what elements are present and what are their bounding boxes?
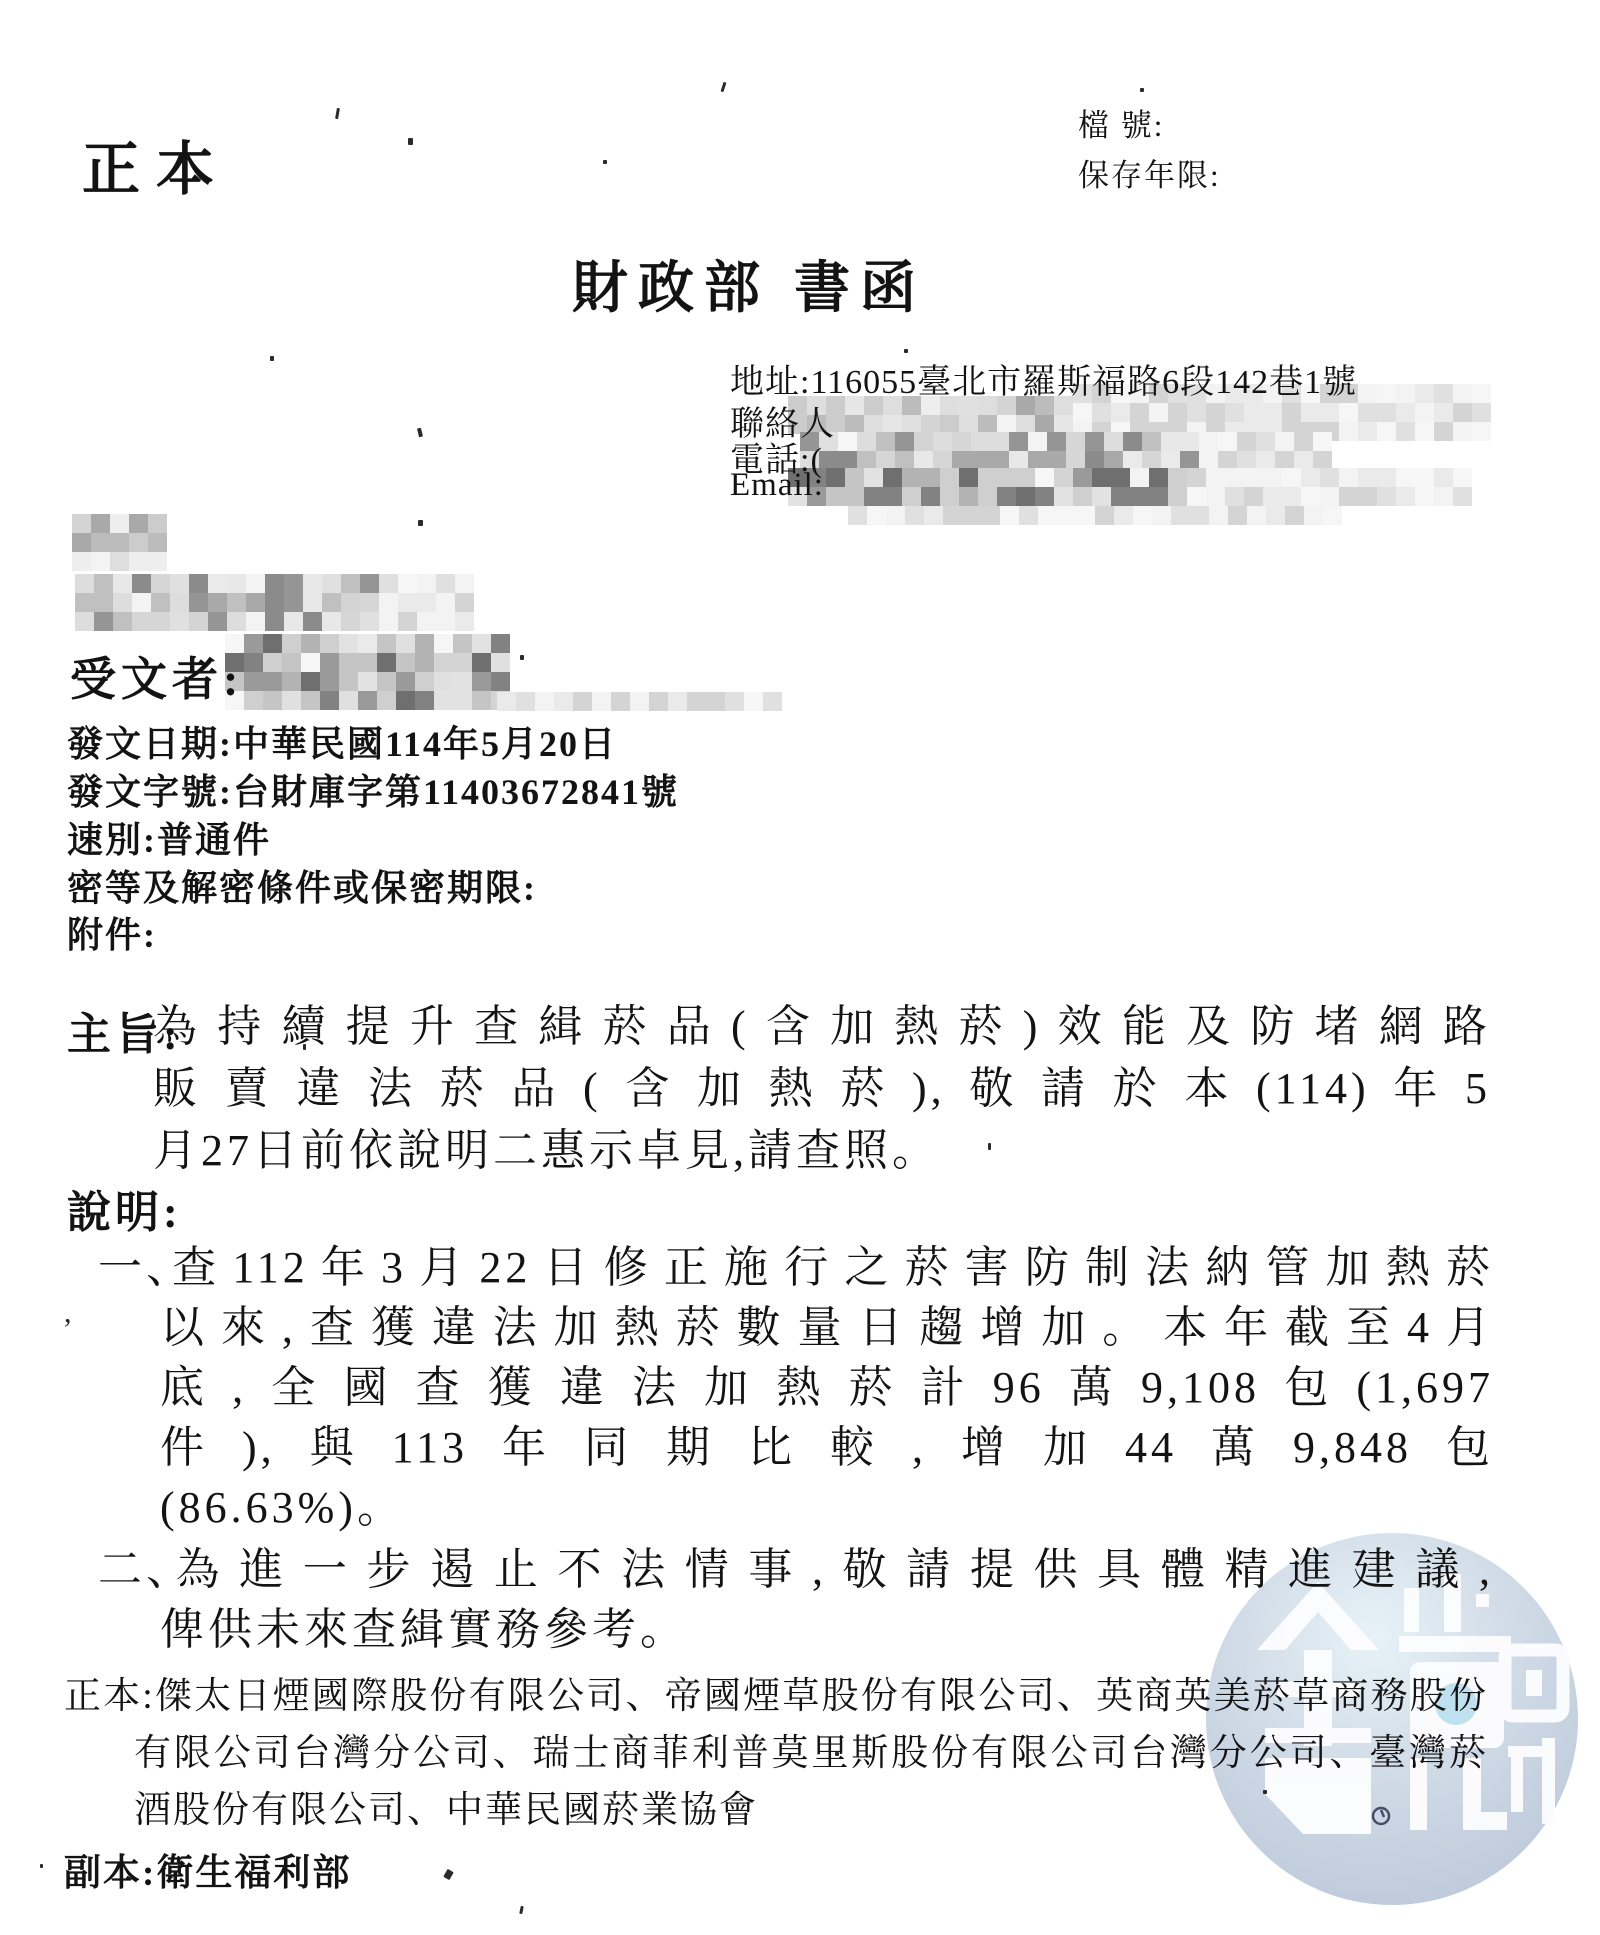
redaction-pixel bbox=[1206, 468, 1225, 487]
redaction-pixel bbox=[1149, 487, 1168, 506]
redaction-pixel bbox=[227, 593, 246, 612]
redaction-pixel bbox=[1111, 403, 1130, 422]
redaction-pixel bbox=[1415, 384, 1434, 403]
original-text: 有限公司台灣分公司、瑞士商菲利普莫里斯股份有限公司台灣分公司、臺灣菸 bbox=[64, 1725, 1488, 1782]
redaction-pixel bbox=[1019, 506, 1038, 525]
redaction-pixel bbox=[339, 653, 358, 672]
subject-line: 販賣違法菸品(含加熱菸),敬請於本(114)年5 bbox=[153, 1058, 1491, 1120]
redaction-pixel bbox=[1111, 487, 1130, 506]
description-item-2: 二、為進一步遏止不法情事,敬請提供具體精進建議, 俾供未來查緝實務參考。 bbox=[98, 1540, 1494, 1660]
redaction-pixel bbox=[763, 692, 782, 711]
redaction-pixel bbox=[339, 691, 358, 710]
redaction-pixel bbox=[208, 593, 227, 612]
redaction-pixel bbox=[1339, 487, 1358, 506]
dispatch-number: 發文字號:台財庫字第11403672841號 bbox=[67, 764, 679, 815]
redaction-pixel bbox=[453, 653, 472, 672]
redaction-pixel bbox=[1130, 487, 1149, 506]
redaction-pixel bbox=[284, 612, 303, 631]
redaction-pixel bbox=[924, 506, 943, 525]
redaction-pixel bbox=[244, 653, 263, 672]
redaction-pixel bbox=[1453, 384, 1472, 403]
redaction-pixel bbox=[971, 432, 990, 451]
redaction-pixel bbox=[1009, 432, 1028, 451]
redaction-pixel bbox=[284, 593, 303, 612]
redaction-pixel bbox=[1358, 487, 1377, 506]
redaction-pixel bbox=[725, 692, 744, 711]
redaction-pixel bbox=[1285, 506, 1304, 525]
redaction-pixel bbox=[129, 533, 148, 552]
redaction-pixel bbox=[1396, 487, 1415, 506]
redaction-pixel bbox=[94, 593, 113, 612]
redaction-pixel bbox=[1339, 422, 1358, 441]
redaction-pixel bbox=[1301, 403, 1320, 422]
subject-line: 為持續提升查緝菸品(含加熱菸)效能及防堵網路 bbox=[153, 996, 1491, 1058]
redacted-recipient-small bbox=[72, 514, 167, 571]
redaction-pixel bbox=[377, 691, 396, 710]
redaction-pixel bbox=[1104, 432, 1123, 451]
subject-body: 為持續提升查緝菸品(含加熱菸)效能及防堵網路 販賣違法菸品(含加熱菸),敬請於本… bbox=[153, 996, 1491, 1182]
scan-speck bbox=[520, 655, 524, 660]
description-label: 說明: bbox=[67, 1176, 182, 1240]
redaction-pixel bbox=[303, 593, 322, 612]
redaction-pixel bbox=[883, 487, 902, 506]
redaction-pixel bbox=[1434, 468, 1453, 487]
redaction-pixel bbox=[1225, 487, 1244, 506]
redaction-pixel bbox=[246, 574, 265, 593]
redaction-pixel bbox=[845, 487, 864, 506]
redaction-pixel bbox=[1047, 432, 1066, 451]
redaction-pixel bbox=[1472, 384, 1491, 403]
redaction-pixel bbox=[554, 692, 573, 711]
stray-comma-mark: , bbox=[64, 1296, 72, 1330]
redaction-pixel bbox=[1396, 422, 1415, 441]
redaction-pixel bbox=[434, 653, 453, 672]
redaction-pixel bbox=[1168, 468, 1187, 487]
redaction-pixel bbox=[1225, 403, 1244, 422]
redaction-pixel bbox=[301, 653, 320, 672]
redaction-pixel bbox=[282, 691, 301, 710]
scan-speck bbox=[335, 108, 340, 119]
redaction-pixel bbox=[170, 574, 189, 593]
redaction-pixel bbox=[1415, 487, 1434, 506]
original-label: 正本: bbox=[64, 1676, 155, 1717]
redaction-pixel bbox=[282, 653, 301, 672]
redaction-pixel bbox=[1320, 487, 1339, 506]
redaction-pixel bbox=[265, 574, 284, 593]
redaction-pixel bbox=[72, 552, 91, 571]
redaction-pixel bbox=[263, 634, 282, 653]
redaction-pixel bbox=[396, 691, 415, 710]
redaction-pixel bbox=[1218, 432, 1237, 451]
redaction-pixel bbox=[1095, 506, 1114, 525]
redaction-pixel bbox=[706, 692, 725, 711]
redaction-pixel bbox=[573, 692, 592, 711]
redaction-pixel bbox=[883, 468, 902, 487]
redaction-pixel bbox=[453, 672, 472, 691]
redaction-pixel bbox=[1247, 506, 1266, 525]
redaction-pixel bbox=[1149, 468, 1168, 487]
redaction-pixel bbox=[1092, 487, 1111, 506]
item-text: 件),與113年同期比較,增加44萬9,848包 bbox=[98, 1418, 1494, 1478]
redaction-pixel bbox=[1415, 422, 1434, 441]
redaction-pixel bbox=[265, 593, 284, 612]
item-text: 為進一步遏止不法情事,敬請提供具體精進建議, bbox=[160, 1545, 1494, 1594]
item-text: 以來,查獲違法加熱菸數量日趨增加。本年截至4月 bbox=[98, 1298, 1494, 1358]
redaction-pixel bbox=[1199, 432, 1218, 451]
redaction-pixel bbox=[436, 593, 455, 612]
redaction-pixel bbox=[208, 574, 227, 593]
redaction-pixel bbox=[940, 487, 959, 506]
redaction-pixel bbox=[398, 574, 417, 593]
redaction-pixel bbox=[415, 672, 434, 691]
redaction-pixel bbox=[396, 672, 415, 691]
item-number: 二、 bbox=[98, 1540, 160, 1600]
redaction-pixel bbox=[91, 533, 110, 552]
redaction-pixel bbox=[535, 692, 554, 711]
redaction-pixel bbox=[497, 692, 516, 711]
redaction-pixel bbox=[1085, 432, 1104, 451]
redaction-pixel bbox=[1028, 432, 1047, 451]
redaction-pixel bbox=[1244, 403, 1263, 422]
confidentiality-line: 密等及解密條件或保密期限: bbox=[67, 860, 537, 911]
redaction-pixel bbox=[91, 552, 110, 571]
redaction-pixel bbox=[1171, 506, 1190, 525]
copy-recipient: 副本:衛生福利部 bbox=[64, 1842, 351, 1896]
redaction-pixel bbox=[1225, 468, 1244, 487]
redaction-pixel bbox=[1396, 403, 1415, 422]
redaction-pixel bbox=[263, 672, 282, 691]
redaction-pixel bbox=[1377, 468, 1396, 487]
redaction-pixel bbox=[1275, 432, 1294, 451]
redaction-pixel bbox=[396, 653, 415, 672]
redaction-pixel bbox=[398, 593, 417, 612]
redaction-pixel bbox=[360, 612, 379, 631]
redaction-pixel bbox=[1434, 422, 1453, 441]
redaction-pixel bbox=[360, 574, 379, 593]
document-title: 財政部 書函 bbox=[572, 244, 926, 324]
redaction-pixel bbox=[455, 593, 474, 612]
redaction-pixel bbox=[1434, 487, 1453, 506]
redaction-pixel bbox=[1187, 487, 1206, 506]
redaction-pixel bbox=[1180, 432, 1199, 451]
redaction-pixel bbox=[189, 593, 208, 612]
redaction-pixel bbox=[687, 692, 706, 711]
scan-speck bbox=[1140, 88, 1144, 92]
redaction-pixel bbox=[377, 653, 396, 672]
scan-speck bbox=[417, 428, 423, 438]
redaction-pixel bbox=[284, 574, 303, 593]
redaction-pixel bbox=[379, 593, 398, 612]
redaction-pixel bbox=[1000, 506, 1019, 525]
sender-email-label: Email: bbox=[730, 467, 824, 504]
redaction-pixel bbox=[434, 672, 453, 691]
redaction-pixel bbox=[1453, 422, 1472, 441]
redaction-pixel bbox=[1130, 403, 1149, 422]
redaction-pixel bbox=[933, 432, 952, 451]
redaction-pixel bbox=[151, 574, 170, 593]
redaction-pixel bbox=[1149, 403, 1168, 422]
redaction-pixel bbox=[1035, 487, 1054, 506]
redaction-pixel bbox=[1358, 384, 1377, 403]
redaction-pixel bbox=[921, 487, 940, 506]
redaction-pixel bbox=[1209, 506, 1228, 525]
retention-period-label: 保存年限: bbox=[1078, 150, 1221, 195]
redaction-pixel bbox=[246, 612, 265, 631]
redaction-pixel bbox=[1263, 403, 1282, 422]
redaction-pixel bbox=[952, 432, 971, 451]
redaction-pixel bbox=[845, 468, 864, 487]
redaction-pixel bbox=[1244, 487, 1263, 506]
copy-type-label: 正本 bbox=[82, 122, 230, 206]
redaction-pixel bbox=[360, 593, 379, 612]
redaction-pixel bbox=[1016, 487, 1035, 506]
redaction-pixel bbox=[491, 672, 510, 691]
redaction-pixel bbox=[132, 593, 151, 612]
redaction-pixel bbox=[1415, 468, 1434, 487]
redaction-pixel bbox=[1076, 506, 1095, 525]
redaction-pixel bbox=[1016, 468, 1035, 487]
redaction-pixel bbox=[436, 612, 455, 631]
redaction-pixel bbox=[379, 574, 398, 593]
redaction-pixel bbox=[826, 468, 845, 487]
redaction-pixel bbox=[826, 487, 845, 506]
redaction-pixel bbox=[320, 672, 339, 691]
redaction-pixel bbox=[1054, 468, 1073, 487]
redaction-pixel bbox=[94, 574, 113, 593]
description-items: 一、查112年3月22日修正施行之菸害防制法納管加熱菸 以來,查獲違法加熱菸數量… bbox=[98, 1238, 1494, 1660]
redaction-pixel bbox=[417, 612, 436, 631]
redaction-pixel bbox=[491, 634, 510, 653]
redaction-pixel bbox=[1377, 487, 1396, 506]
redaction-pixel bbox=[997, 468, 1016, 487]
redaction-pixel bbox=[1434, 403, 1453, 422]
redaction-pixel bbox=[75, 612, 94, 631]
item-text: 底,全國查獲違法加熱菸計96萬9,108包(1,697 bbox=[98, 1358, 1494, 1418]
redaction-pixel bbox=[1263, 487, 1282, 506]
redaction-pixel bbox=[1304, 506, 1323, 525]
redaction-pixel bbox=[472, 672, 491, 691]
redaction-pixel bbox=[1130, 468, 1149, 487]
redaction-pixel bbox=[1472, 422, 1491, 441]
scan-speck bbox=[40, 1864, 43, 1868]
original-text: 酒股份有限公司、中華民國菸業協會 bbox=[64, 1782, 1488, 1839]
redaction-pixel bbox=[491, 653, 510, 672]
redaction-pixel bbox=[453, 634, 472, 653]
redaction-pixel bbox=[1358, 403, 1377, 422]
redaction-pixel bbox=[1073, 468, 1092, 487]
redaction-pixel bbox=[1206, 487, 1225, 506]
redaction-pixel bbox=[1187, 403, 1206, 422]
priority-level: 速別:普通件 bbox=[67, 812, 271, 863]
redaction-pixel bbox=[396, 634, 415, 653]
redaction-pixel bbox=[1434, 384, 1453, 403]
redaction-pixel bbox=[1187, 468, 1206, 487]
redaction-pixel bbox=[857, 432, 876, 451]
redaction-pixel bbox=[1377, 422, 1396, 441]
redaction-pixel bbox=[1320, 468, 1339, 487]
redaction-pixel bbox=[981, 506, 1000, 525]
redaction-pixel bbox=[322, 593, 341, 612]
redaction-pixel bbox=[472, 653, 491, 672]
redacted-recipient-long bbox=[75, 574, 474, 631]
original-recipients: 正本:傑太日煙國際股份有限公司、帝國煙草股份有限公司、英商英美菸草商務股份 有限… bbox=[64, 1668, 1488, 1839]
redaction-pixel bbox=[379, 612, 398, 631]
redaction-pixel bbox=[1123, 432, 1142, 451]
redaction-pixel bbox=[1092, 468, 1111, 487]
redaction-pixel bbox=[864, 468, 883, 487]
redaction-pixel bbox=[417, 593, 436, 612]
redaction-pixel bbox=[341, 612, 360, 631]
redaction-pixel bbox=[516, 692, 535, 711]
redaction-pixel bbox=[455, 612, 474, 631]
redaction-pixel bbox=[838, 432, 857, 451]
redaction-pixel bbox=[1313, 432, 1332, 451]
scan-speck bbox=[904, 349, 908, 353]
redaction-pixel bbox=[649, 692, 668, 711]
redaction-pixel bbox=[377, 634, 396, 653]
redaction-pixel bbox=[358, 691, 377, 710]
redaction-pixel bbox=[322, 612, 341, 631]
redaction-pixel bbox=[113, 593, 132, 612]
redaction-pixel bbox=[1282, 468, 1301, 487]
redaction-pixel bbox=[1282, 403, 1301, 422]
redaction-pixel bbox=[914, 432, 933, 451]
redaction-pixel bbox=[959, 468, 978, 487]
redaction-pixel bbox=[208, 612, 227, 631]
redaction-pixel bbox=[1358, 422, 1377, 441]
redaction-pixel bbox=[227, 574, 246, 593]
redaction-pixel bbox=[1301, 487, 1320, 506]
redaction-pixel bbox=[132, 612, 151, 631]
redaction-pixel bbox=[72, 514, 91, 533]
redaction-pixel bbox=[320, 653, 339, 672]
redaction-pixel bbox=[1092, 403, 1111, 422]
redaction-pixel bbox=[303, 612, 322, 631]
redaction-pixel bbox=[341, 574, 360, 593]
redaction-pixel bbox=[303, 574, 322, 593]
redaction-pixel bbox=[148, 514, 167, 533]
redaction-pixel bbox=[990, 432, 1009, 451]
redaction-pixel bbox=[1266, 506, 1285, 525]
redaction-pixel bbox=[320, 634, 339, 653]
redaction-pixel bbox=[110, 514, 129, 533]
redaction-pixel bbox=[148, 552, 167, 571]
redaction-pixel bbox=[1323, 506, 1342, 525]
redaction-pixel bbox=[415, 634, 434, 653]
redaction-pixel bbox=[1472, 403, 1491, 422]
redaction-pixel bbox=[978, 487, 997, 506]
redaction-pixel bbox=[921, 468, 940, 487]
redaction-pixel bbox=[1168, 403, 1187, 422]
redaction-pixel bbox=[1453, 487, 1472, 506]
file-number-label: 檔 號: bbox=[1078, 100, 1164, 145]
redacted-recipient-main bbox=[225, 634, 510, 710]
redaction-pixel bbox=[72, 533, 91, 552]
redaction-pixel bbox=[322, 574, 341, 593]
redaction-pixel bbox=[1358, 468, 1377, 487]
redaction-pixel bbox=[358, 653, 377, 672]
redaction-pixel bbox=[415, 653, 434, 672]
scan-speck bbox=[443, 1869, 454, 1880]
redaction-pixel bbox=[1035, 468, 1054, 487]
redaction-pixel bbox=[244, 691, 263, 710]
redaction-pixel bbox=[1453, 403, 1472, 422]
redaction-pixel bbox=[263, 691, 282, 710]
redaction-pixel bbox=[1415, 403, 1434, 422]
description-item-1: 一、查112年3月22日修正施行之菸害防制法納管加熱菸 以來,查獲違法加熱菸數量… bbox=[98, 1238, 1494, 1538]
redaction-pixel bbox=[744, 692, 763, 711]
redaction-pixel bbox=[151, 593, 170, 612]
redacted-email-tail bbox=[1320, 468, 1472, 506]
redaction-pixel bbox=[630, 692, 649, 711]
redaction-pixel bbox=[472, 691, 491, 710]
redaction-pixel bbox=[867, 506, 886, 525]
redaction-pixel bbox=[1263, 468, 1282, 487]
redaction-pixel bbox=[1168, 487, 1187, 506]
item-text: 俾供未來查緝實務參考。 bbox=[98, 1600, 1494, 1660]
redaction-pixel bbox=[1237, 432, 1256, 451]
redaction-pixel bbox=[1133, 506, 1152, 525]
redaction-pixel bbox=[1057, 506, 1076, 525]
redaction-pixel bbox=[91, 514, 110, 533]
redaction-pixel bbox=[129, 514, 148, 533]
redaction-pixel bbox=[301, 691, 320, 710]
item-text: (86.63%)。 bbox=[98, 1478, 1494, 1538]
redaction-pixel bbox=[110, 552, 129, 571]
redaction-pixel bbox=[282, 634, 301, 653]
redaction-pixel bbox=[436, 574, 455, 593]
redaction-pixel bbox=[1377, 384, 1396, 403]
redaction-pixel bbox=[434, 634, 453, 653]
redaction-pixel bbox=[997, 487, 1016, 506]
redaction-pixel bbox=[129, 552, 148, 571]
redaction-pixel bbox=[943, 506, 962, 525]
redaction-pixel bbox=[75, 574, 94, 593]
scan-speck bbox=[519, 1906, 524, 1914]
redaction-pixel bbox=[113, 612, 132, 631]
redaction-pixel bbox=[320, 691, 339, 710]
redaction-pixel bbox=[848, 506, 867, 525]
redaction-pixel bbox=[94, 612, 113, 631]
redaction-pixel bbox=[902, 468, 921, 487]
scan-speck bbox=[603, 160, 607, 164]
redaction-pixel bbox=[1161, 432, 1180, 451]
redaction-pixel bbox=[415, 691, 434, 710]
redaction-pixel bbox=[1294, 432, 1313, 451]
redaction-pixel bbox=[1228, 506, 1247, 525]
redaction-pixel bbox=[282, 672, 301, 691]
redaction-pixel bbox=[1396, 468, 1415, 487]
scan-speck bbox=[270, 356, 274, 361]
redaction-pixel bbox=[895, 432, 914, 451]
redaction-pixel bbox=[1073, 403, 1092, 422]
redaction-pixel bbox=[341, 593, 360, 612]
redaction-pixel bbox=[1066, 432, 1085, 451]
redaction-pixel bbox=[611, 692, 630, 711]
redaction-pixel bbox=[132, 574, 151, 593]
redaction-pixel bbox=[1054, 487, 1073, 506]
scan-speck bbox=[721, 82, 727, 92]
redaction-pixel bbox=[1339, 403, 1358, 422]
scan-speck bbox=[408, 138, 413, 145]
redaction-pixel bbox=[301, 672, 320, 691]
redaction-pixel bbox=[377, 672, 396, 691]
dispatch-date: 發文日期:中華民國114年5月20日 bbox=[67, 716, 617, 767]
redaction-pixel bbox=[1282, 487, 1301, 506]
item-number: 一、 bbox=[98, 1238, 160, 1298]
redaction-pixel bbox=[170, 593, 189, 612]
redacted-email-bottom bbox=[848, 506, 1342, 525]
